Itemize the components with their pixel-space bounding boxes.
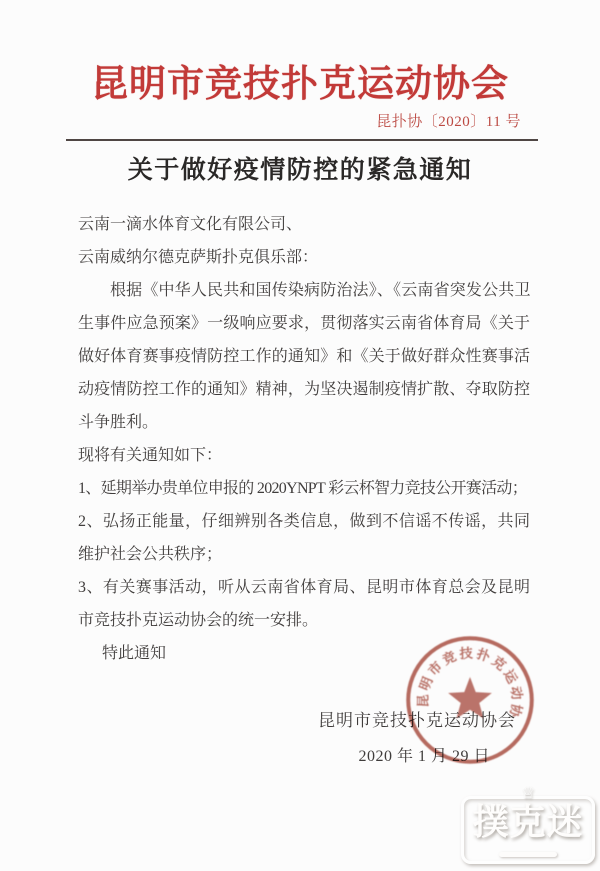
signature-date: 2020 年 1 月 29 日 [358, 743, 490, 766]
addressee-line-1: 云南一滴水体育文化有限公司、 [78, 208, 530, 241]
paragraph-line: 动疫情防控工作的通知》精神，为坚决遏制疫情扩散、夺取防控 [78, 373, 530, 406]
notice-intro-line: 现将有关通知如下： [78, 439, 530, 472]
header-divider [66, 139, 538, 141]
watermark-logo-text: 撲克迷 [461, 805, 595, 841]
paragraph-line: 生事件应急预案》一级响应要求，贯彻落实云南省体育局《关于 [78, 307, 530, 340]
document-page: 昆明市竞技扑克运动协会 昆扑协〔2020〕11 号 关于做好疫情防控的紧急通知 … [0, 0, 600, 871]
signature-org: 昆明市竞技扑克运动协会 [318, 706, 516, 731]
org-title: 昆明市竞技扑克运动协会 [0, 53, 600, 107]
pokermi-watermark: ♕ 撲克迷 [461, 788, 595, 864]
addressee-line-2: 云南威纳尔德克萨斯扑克俱乐部： [78, 241, 530, 274]
paragraph-line: 做好体育赛事疫情防控工作的通知》和《关于做好群众性赛事活 [78, 340, 530, 373]
notice-body: 云南一滴水体育文化有限公司、 云南威纳尔德克萨斯扑克俱乐部： 根据《中华人民共和… [78, 208, 530, 670]
crown-icon: ♕ [521, 785, 535, 801]
item-2-line: 2、弘扬正能量，仔细辨别各类信息，做到不信谣不传谣，共同 [78, 505, 530, 538]
notice-title: 关于做好疫情防控的紧急通知 [0, 150, 600, 186]
item-1-line: 1、延期举办贵单位申报的 2020YNPT 彩云杯智力竞技公开赛活动； [78, 472, 530, 505]
paragraph-line: 根据《中华人民共和国传染病防治法》、《云南省突发公共卫 [78, 274, 530, 307]
document-number: 昆扑协〔2020〕11 号 [376, 110, 521, 131]
item-3-line: 3、有关赛事活动，听从云南省体育局、昆明市体育总会及昆明 [78, 571, 530, 604]
item-2-line: 维护社会公共秩序； [78, 538, 530, 571]
watermark-caption-bar [499, 852, 557, 857]
closing-line: 特此通知 [78, 637, 530, 670]
item-3-line: 市竞技扑克运动协会的统一安排。 [78, 604, 530, 637]
paragraph-line: 斗争胜利。 [78, 406, 530, 439]
